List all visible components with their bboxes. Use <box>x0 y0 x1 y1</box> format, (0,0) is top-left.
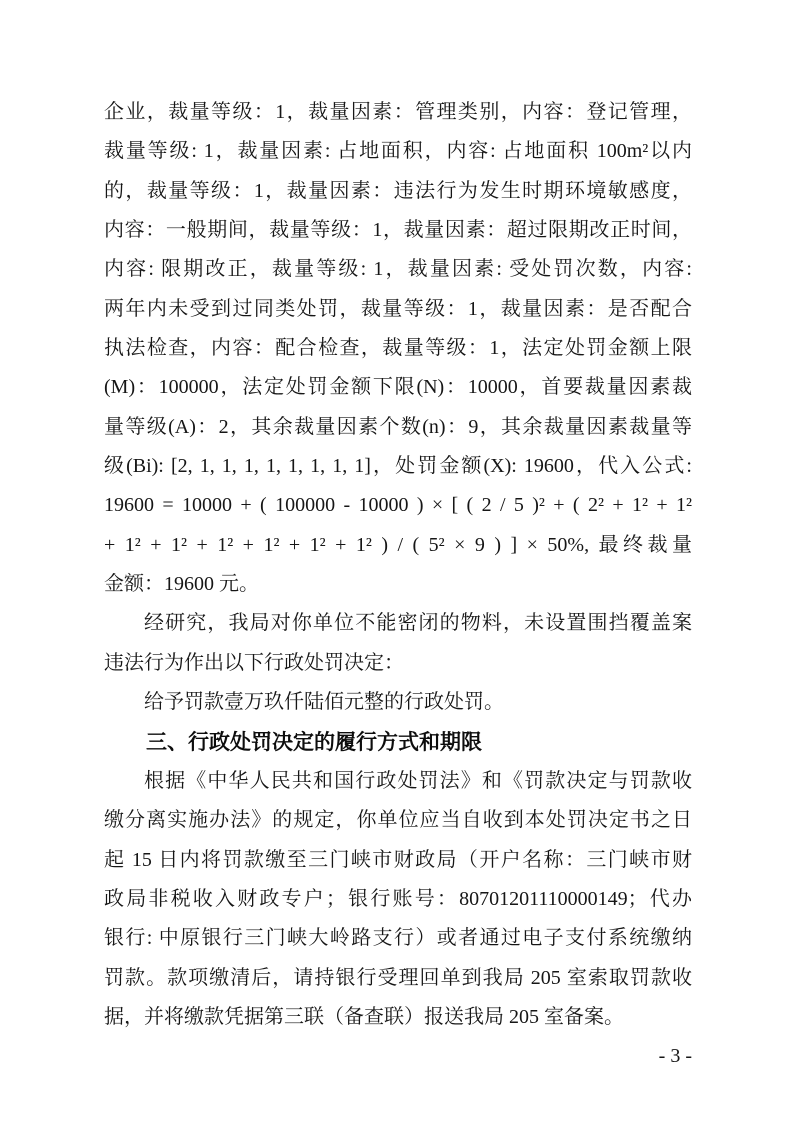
body-text-line-2: 裁量等级: 1，裁量因素: 占地面积，内容: 占地面积 100m²以内 <box>104 132 692 171</box>
final-amount-line: 金额：19600 元。 <box>104 565 692 604</box>
section-heading: 三、行政处罚决定的履行方式和期限 <box>104 723 692 762</box>
payment-text-line-7: 据，并将缴款凭据第三联（备查联）报送我局 205 室备案。 <box>104 998 692 1037</box>
body-text-line-10: 级(Bi): [2, 1, 1, 1, 1, 1, 1, 1, 1]，处罚金额(… <box>104 447 692 486</box>
penalty-statement-line: 给予罚款壹万玖仟陆佰元整的行政处罚。 <box>104 683 692 722</box>
body-text-line-9: 量等级(A)：2，其余裁量因素个数(n)：9，其余裁量因素裁量等 <box>104 408 692 447</box>
decision-intro-line-2: 违法行为作出以下行政处罚决定： <box>104 644 692 683</box>
page-number: - 3 - <box>104 1036 692 1076</box>
body-text-line-4: 内容：一般期间，裁量等级：1，裁量因素：超过限期改正时间， <box>104 211 692 250</box>
payment-text-line-3: 起 15 日内将罚款缴至三门峡市财政局（开户名称：三门峡市财 <box>104 841 692 880</box>
body-text-line-6: 两年内未受到过同类处罚，裁量等级：1，裁量因素：是否配合 <box>104 290 692 329</box>
formula-line-2: + 1² + 1² + 1² + 1² + 1² + 1² ) / ( 5² ×… <box>104 526 692 565</box>
body-text-line-5: 内容: 限期改正，裁量等级: 1，裁量因素: 受处罚次数，内容: <box>104 250 692 289</box>
body-text-line-3: 的，裁量等级：1，裁量因素：违法行为发生时期环境敏感度， <box>104 172 692 211</box>
body-text-block: 企业，裁量等级：1，裁量因素：管理类别，内容：登记管理， 裁量等级: 1，裁量因… <box>104 93 692 1037</box>
payment-text-line-1: 根据《中华人民共和国行政处罚法》和《罚款决定与罚款收 <box>104 762 692 801</box>
formula-line-1: 19600 = 10000 + ( 100000 - 10000 ) × [ (… <box>104 486 692 525</box>
payment-text-line-4: 政局非税收入财政专户；银行账号：80701201110000149；代办 <box>104 880 692 919</box>
payment-text-line-6: 罚款。款项缴清后，请持银行受理回单到我局 205 室索取罚款收 <box>104 959 692 998</box>
payment-text-line-5: 银行: 中原银行三门峡大岭路支行）或者通过电子支付系统缴纳 <box>104 919 692 958</box>
document-page: 企业，裁量等级：1，裁量因素：管理类别，内容：登记管理， 裁量等级: 1，裁量因… <box>0 0 793 1122</box>
body-text-line-8: (M)：100000，法定处罚金额下限(N)：10000，首要裁量因素裁 <box>104 368 692 407</box>
body-text-line-7: 执法检查，内容：配合检查，裁量等级：1，法定处罚金额上限 <box>104 329 692 368</box>
payment-text-line-2: 缴分离实施办法》的规定，你单位应当自收到本处罚决定书之日 <box>104 801 692 840</box>
body-text-line-1: 企业，裁量等级：1，裁量因素：管理类别，内容：登记管理， <box>104 93 692 132</box>
decision-intro-line-1: 经研究，我局对你单位不能密闭的物料，未设置围挡覆盖案 <box>104 604 692 643</box>
